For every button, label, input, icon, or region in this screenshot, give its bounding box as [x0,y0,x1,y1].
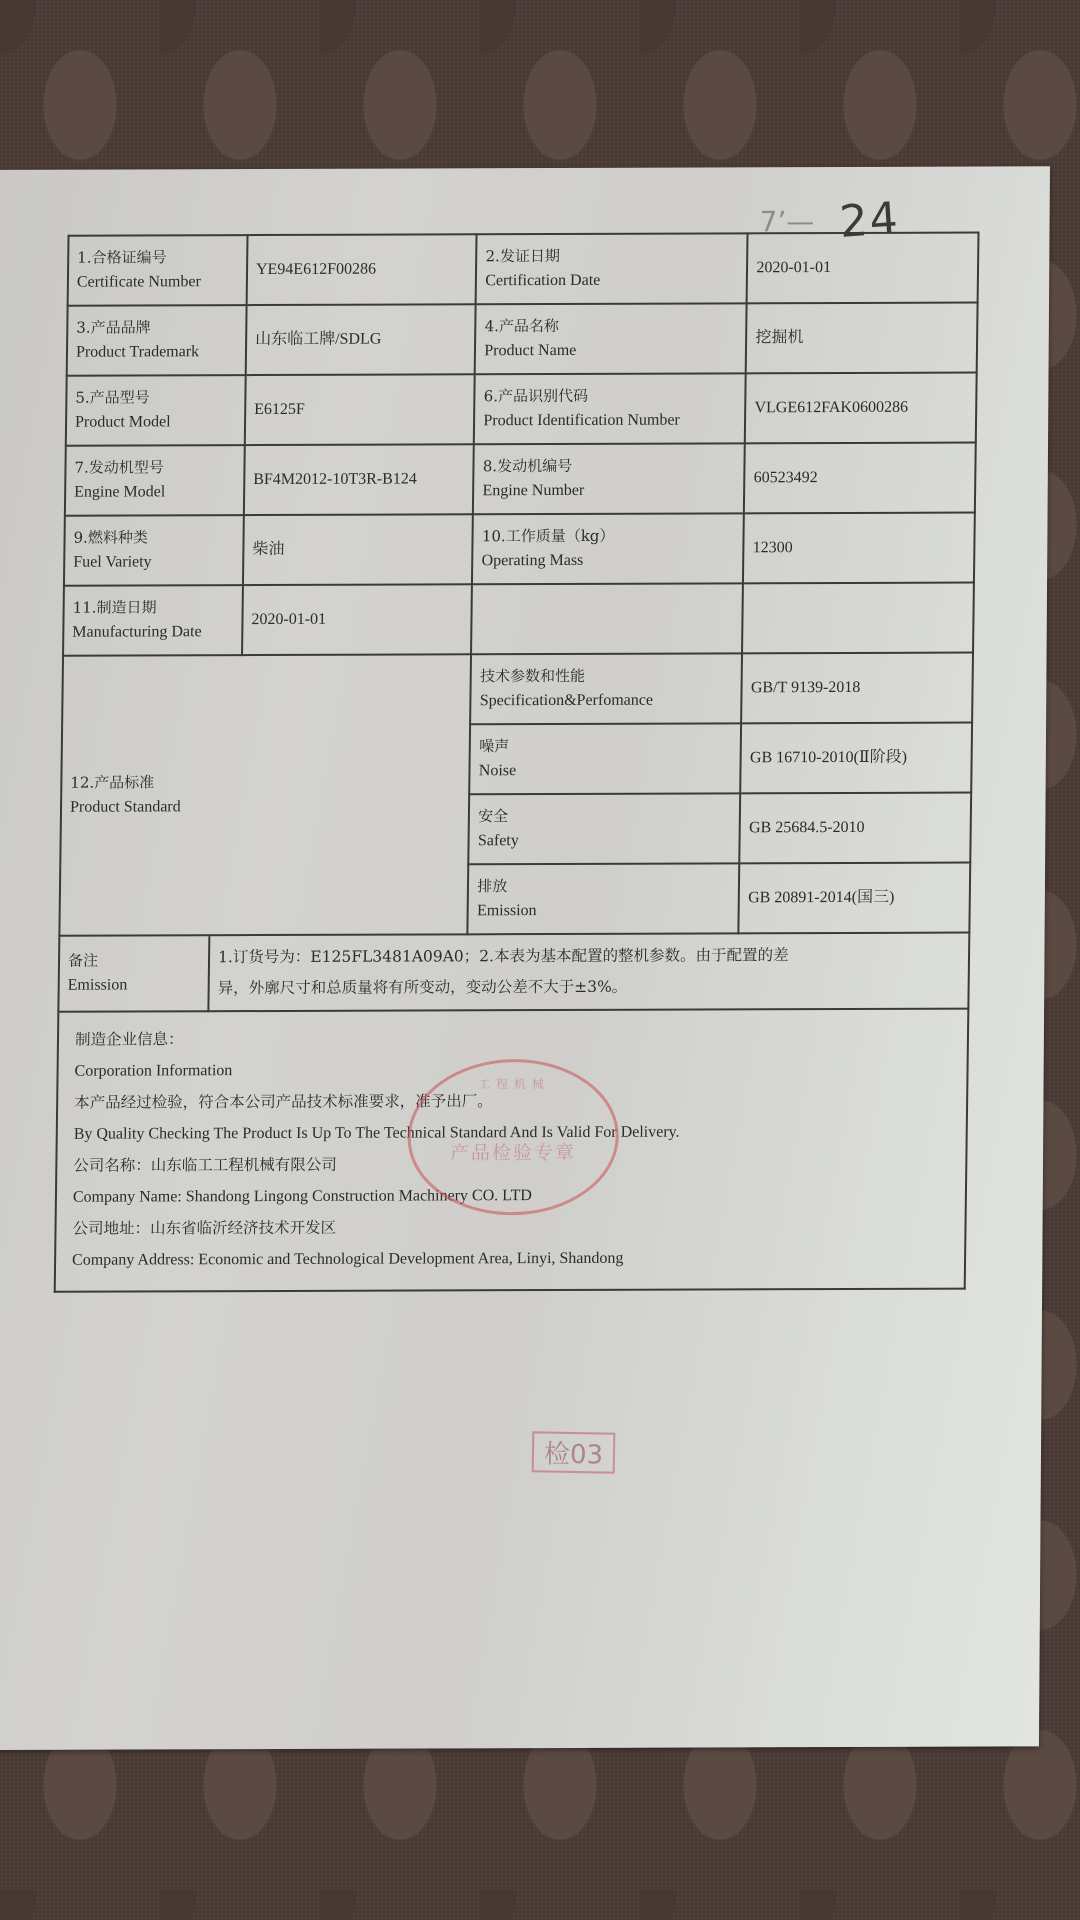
field-value-cell: 挖掘机 [746,303,978,374]
corp-statement-en: By Quality Checking The Product Is Up To… [74,1116,950,1151]
standard-value: GB 25684.5-2010 [749,819,865,836]
standard-label-zh: 噪声 [479,734,732,759]
field-row: 1.合格证编号Certificate NumberYE94E612F002862… [68,233,979,306]
standard-value: GB 20891-2014(国三) [748,889,894,907]
field-label-zh: 9.燃料种类 [73,525,234,550]
standard-value: GB/T 9139-2018 [751,679,861,696]
field-value: BF4M2012-10T3R-B124 [253,471,417,489]
standard-label-cell: 噪声Noise [470,723,742,794]
field-value: E6125F [254,401,305,418]
field-row: 3.产品品牌Product Trademark山东临工牌/SDLG4.产品名称P… [67,303,978,376]
certificate-document: 1.合格证编号Certificate NumberYE94E612F002862… [54,232,980,1293]
standard-label-zh: 排放 [477,874,730,899]
standard-value-cell: GB 25684.5-2010 [740,793,972,864]
field-row: 11.制造日期Manufacturing Date2020-01-01 [63,583,974,656]
field-label-zh: 3.产品品牌 [76,315,237,340]
standard-label-en: Emission [477,898,730,924]
field-value-cell: 2020-01-01 [747,233,979,304]
field-value: 2020-01-01 [756,259,831,276]
product-standard-zh: 12.产品标准 [70,770,461,795]
standard-label-cell: 安全Safety [469,793,741,864]
field-value: 挖掘机 [755,329,803,346]
standard-value: GB 16710-2010(Ⅱ阶段) [750,749,907,767]
corp-heading-zh: 制造企业信息： [75,1022,951,1056]
corp-address-en: Company Address: Economic and Technologi… [72,1242,948,1277]
inspection-box-stamp: 检03 [532,1431,616,1473]
field-value-cell: 2020-01-01 [242,584,472,655]
corp-heading-en: Corporation Information [74,1053,950,1088]
field-label-zh: 10.工作质量（kg） [482,524,735,549]
corp-statement-zh: 本产品经过检验，符合本公司产品技术标准要求，准予出厂。 [74,1085,950,1119]
corp-name-en: Company Name: Shandong Lingong Construct… [73,1179,949,1214]
standard-label-cell: 排放Emission [468,863,740,934]
field-value: 60523492 [754,469,818,486]
standard-row: 12.产品标准Product Standard技术参数和性能Specificat… [62,653,973,726]
remarks-label-en: Emission [68,972,200,998]
field-label-cell: 9.燃料种类Fuel Variety [64,515,244,586]
field-label-en: Certification Date [485,268,738,294]
certificate-table: 1.合格证编号Certificate NumberYE94E612F002862… [58,232,979,937]
field-value-cell: 柴油 [243,514,473,585]
field-label-cell [471,583,743,654]
field-value: 山东临工牌/SDLG [255,331,381,348]
field-label-zh: 2.发证日期 [485,244,738,269]
field-label-en: Certificate Number [77,269,238,295]
field-value: 2020-01-01 [251,611,326,628]
field-label-en: Engine Number [482,478,735,504]
remarks-label-zh: 备注 [68,948,200,972]
remarks-table: 备注 Emission 1.订货号为：E125FL3481A09A0；2.本表为… [57,934,970,1013]
field-label-en: Product Identification Number [483,408,736,434]
field-label-zh: 7.发动机型号 [74,455,235,480]
product-standard-label-cell: 12.产品标准Product Standard [59,654,471,935]
standard-value-cell: GB 20891-2014(国三) [739,863,971,934]
field-value-cell: 山东临工牌/SDLG [246,304,476,375]
field-label-en: Product Model [75,409,236,435]
field-label-cell: 8.发动机编号Engine Number [473,443,745,514]
field-label-zh: 1.合格证编号 [77,245,238,270]
field-label-cell: 1.合格证编号Certificate Number [68,235,248,306]
certificate-paper: 7’— 24 1.合格证编号Certificate NumberYE94E612… [0,166,1050,1750]
field-row: 9.燃料种类Fuel Variety柴油10.工作质量（kg）Operating… [64,513,975,586]
field-label-en: Engine Model [74,479,235,505]
remarks-line-2: 异，外廓尺寸和总质量将有所变动，变动公差不大于±3%。 [217,971,959,1005]
field-label-cell: 2.发证日期Certification Date [476,233,748,304]
field-label-en: Product Name [484,338,737,364]
standard-label-en: Noise [479,758,732,784]
field-value-cell: 12300 [743,513,975,584]
field-label-zh: 4.产品名称 [485,314,738,339]
field-label-en: Operating Mass [481,548,734,574]
standard-label-cell: 技术参数和性能Specification&Perfomance [470,653,742,724]
standard-label-en: Specification&Perfomance [480,688,733,714]
field-value-cell: E6125F [245,374,475,445]
standard-label-zh: 技术参数和性能 [480,664,733,689]
field-label-zh: 11.制造日期 [73,595,234,620]
remarks-line-1: 1.订货号为：E125FL3481A09A0；2.本表为基本配置的整机参数。由于… [218,940,960,974]
field-label-cell: 11.制造日期Manufacturing Date [63,585,243,656]
remarks-value-cell: 1.订货号为：E125FL3481A09A0；2.本表为基本配置的整机参数。由于… [208,934,969,1012]
field-label-en: Product Trademark [76,339,237,365]
field-label-cell: 3.产品品牌Product Trademark [67,305,247,376]
field-label-en: Fuel Variety [73,549,234,575]
field-value-cell: 60523492 [744,443,976,514]
field-label-cell: 7.发动机型号Engine Model [65,445,245,516]
field-value: YE94E612F00286 [256,261,376,278]
field-row: 7.发动机型号Engine ModelBF4M2012-10T3R-B1248.… [65,443,976,516]
field-value: 12300 [753,539,793,556]
field-label-zh: 6.产品识别代码 [484,384,737,409]
field-value-cell: YE94E612F00286 [247,234,477,305]
remarks-label-cell: 备注 Emission [58,936,209,1012]
field-label-cell: 5.产品型号Product Model [66,375,246,446]
corp-name-zh: 公司名称：山东临工工程机械有限公司 [73,1148,949,1182]
standard-value-cell: GB/T 9139-2018 [741,653,973,724]
field-label-cell: 10.工作质量（kg）Operating Mass [472,513,744,584]
field-label-zh: 8.发动机编号 [483,454,736,479]
standard-value-cell: GB 16710-2010(Ⅱ阶段) [740,723,972,794]
corporation-info: 制造企业信息： Corporation Information 本产品经过检验，… [54,1010,970,1293]
field-label-cell: 4.产品名称Product Name [475,303,747,374]
field-value-cell [742,583,974,654]
product-standard-en: Product Standard [70,794,461,821]
corp-address-zh: 公司地址：山东省临沂经济技术开发区 [72,1211,948,1245]
standard-label-zh: 安全 [478,804,731,829]
field-value-cell: BF4M2012-10T3R-B124 [244,444,474,515]
field-value: 柴油 [252,541,284,558]
field-label-cell: 6.产品识别代码Product Identification Number [474,373,746,444]
field-label-zh: 5.产品型号 [75,385,236,410]
field-row: 5.产品型号Product ModelE6125F6.产品识别代码Product… [66,373,977,446]
field-value: VLGE612FAK0600286 [754,399,908,417]
field-value-cell: VLGE612FAK0600286 [745,373,977,444]
field-label-en: Manufacturing Date [72,619,233,645]
standard-label-en: Safety [478,828,731,854]
